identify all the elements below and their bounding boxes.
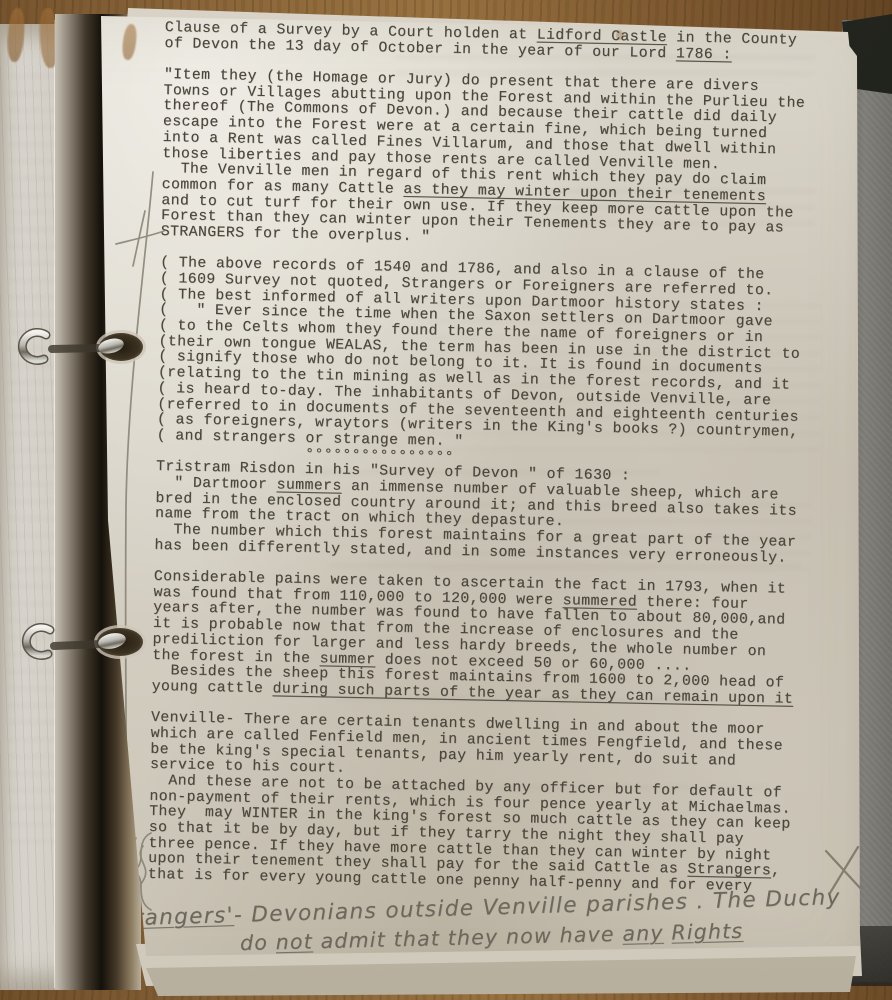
plus-cross-mark <box>133 211 145 266</box>
rust-stain <box>121 23 138 60</box>
long-margin-line-with-arrow <box>126 172 153 848</box>
x-mark <box>826 851 861 889</box>
typed-text: Clause of a Survey by a Court holden at … <box>148 21 825 897</box>
photo-of-binder-page: 2 Clause of a Survey by a Court holden a… <box>0 0 892 1000</box>
plus-cross-mark <box>116 231 164 244</box>
